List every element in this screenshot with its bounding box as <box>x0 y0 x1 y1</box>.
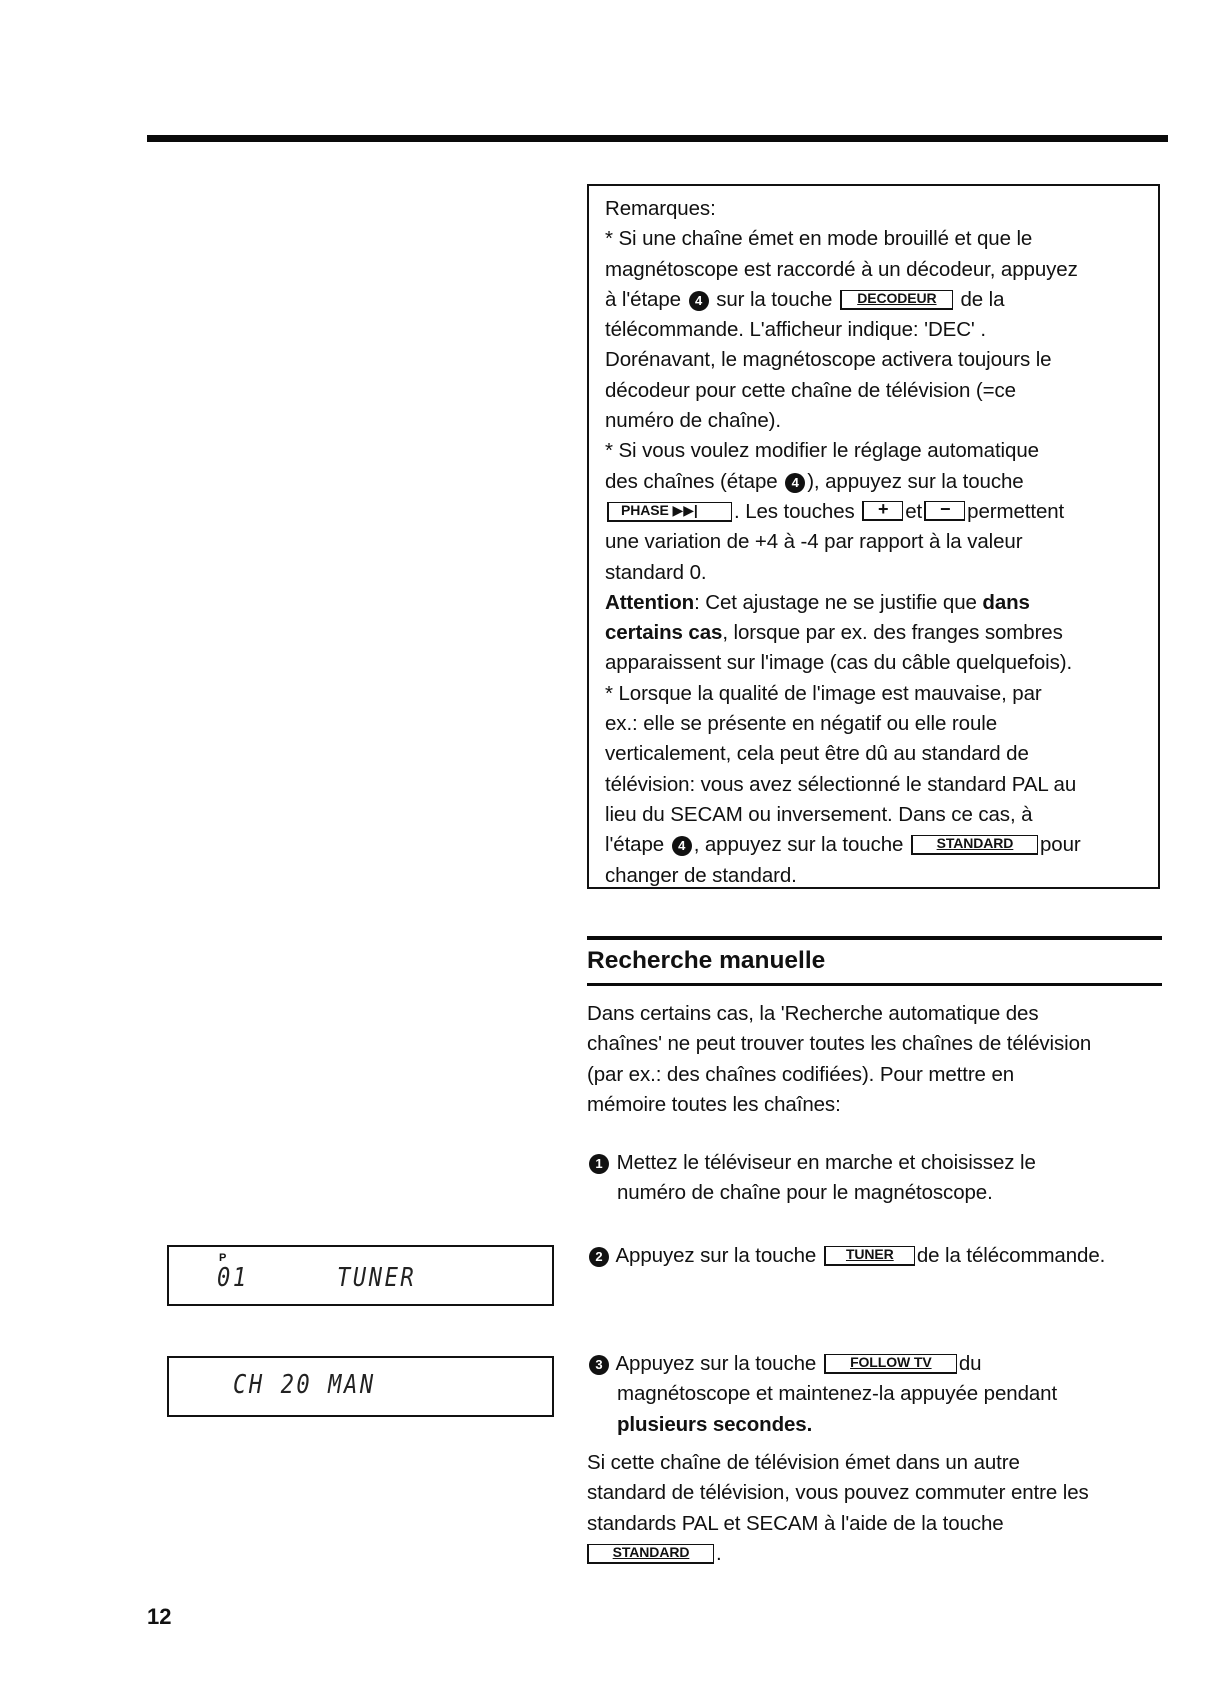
text: . <box>716 1542 722 1565</box>
remarks-line: télécommande. L'afficheur indique: 'DEC'… <box>605 315 1081 345</box>
intro-line: (par ex.: des chaînes codifiées). Pour m… <box>587 1060 1091 1090</box>
step-3-line: plusieurs secondes. <box>587 1410 1057 1440</box>
step-2: 2 Appuyez sur la touche TUNERde la téléc… <box>587 1241 1105 1271</box>
step-4-icon: 4 <box>689 291 709 311</box>
step-2-line: 2 Appuyez sur la touche TUNERde la téléc… <box>587 1241 1105 1271</box>
top-rule <box>147 135 1168 142</box>
remarks-line: certains cas, lorsque par ex. des frange… <box>605 618 1081 648</box>
remarks-line: numéro de chaîne). <box>605 406 1081 436</box>
text: . Les touches <box>734 500 855 523</box>
remarks-line: * Si vous voulez modifier le réglage aut… <box>605 436 1081 466</box>
section-heading: Recherche manuelle <box>587 945 825 977</box>
text: Mettez le téléviseur en marche et choisi… <box>617 1151 1036 1174</box>
lcd-mode: TUNER <box>337 1263 416 1293</box>
text: des chaînes (étape <box>605 470 778 493</box>
remarks-line: verticalement, cela peut être dû au stan… <box>605 739 1081 769</box>
remarks-line: Dorénavant, le magnétoscope activera tou… <box>605 345 1081 375</box>
text: sur la touche <box>716 288 832 311</box>
remarks-title: Remarques: <box>605 194 1081 224</box>
step-4-icon: 4 <box>785 473 805 493</box>
text: du <box>959 1352 982 1375</box>
tuner-key: TUNER <box>824 1246 915 1266</box>
intro-line: mémoire toutes les chaînes: <box>587 1090 1091 1120</box>
text: et <box>905 500 922 523</box>
text: permettent <box>967 500 1064 523</box>
text: Appuyez sur la touche <box>615 1244 816 1267</box>
intro-paragraph: Dans certains cas, la 'Recherche automat… <box>587 999 1091 1120</box>
paragraph-line: STANDARD. <box>585 1539 1089 1569</box>
intro-line: chaînes' ne peut trouver toutes les chaî… <box>587 1029 1091 1059</box>
plus-key: + <box>862 501 903 521</box>
follow-tv-key: FOLLOW TV <box>824 1354 957 1374</box>
remarks-line: standard 0. <box>605 558 1081 588</box>
bold-text: certains cas <box>605 621 722 644</box>
remarks-line: ex.: elle se présente en négatif ou elle… <box>605 709 1081 739</box>
remarks-line: lieu du SECAM ou inversement. Dans ce ca… <box>605 800 1081 830</box>
remarks-line: l'étape 4, appuyez sur la touche STANDAR… <box>605 830 1081 860</box>
remarks-line: des chaînes (étape 4), appuyez sur la to… <box>605 467 1081 497</box>
attention-label: Attention <box>605 591 694 614</box>
bold-text: dans <box>982 591 1029 614</box>
step-1-icon: 1 <box>589 1154 609 1174</box>
heading-top-rule <box>587 936 1162 940</box>
standard-key: STANDARD <box>911 835 1038 855</box>
standard-key: STANDARD <box>587 1544 714 1564</box>
text: pour <box>1040 833 1081 856</box>
decodeur-key: DECODEUR <box>840 290 953 310</box>
lcd-display-tuner: P 01 TUNER <box>167 1245 554 1306</box>
remarks-box: Remarques: * Si une chaîne émet en mode … <box>587 184 1160 889</box>
text: Appuyez sur la touche <box>615 1352 816 1375</box>
paragraph-line: standards PAL et SECAM à l'aide de la to… <box>587 1509 1089 1539</box>
remarks-line: * Si une chaîne émet en mode brouillé et… <box>605 224 1081 254</box>
standard-paragraph: Si cette chaîne de télévision émet dans … <box>587 1448 1089 1569</box>
text: , appuyez sur la touche <box>694 833 904 856</box>
text: l'étape <box>605 833 664 856</box>
remarks-line: apparaissent sur l'image (cas du câble q… <box>605 648 1081 678</box>
text: de la télécommande. <box>917 1244 1105 1267</box>
remarks-line: télévision: vous avez sélectionné le sta… <box>605 770 1081 800</box>
lcd-channel: 01 <box>217 1263 249 1293</box>
step-1-line: numéro de chaîne pour le magnétoscope. <box>587 1178 1036 1208</box>
lcd-text: CH 20 MAN <box>233 1370 376 1400</box>
step-1-line: 1 Mettez le téléviseur en marche et choi… <box>587 1148 1036 1178</box>
text: : Cet ajustage ne se justifie que <box>694 591 982 614</box>
text: à l'étape <box>605 288 681 311</box>
step-3-line: magnétoscope et maintenez-la appuyée pen… <box>587 1379 1057 1409</box>
phase-key: PHASE ▶▶| <box>607 502 732 522</box>
heading-bottom-rule <box>587 983 1162 986</box>
intro-line: Dans certains cas, la 'Recherche automat… <box>587 999 1091 1029</box>
step-1: 1 Mettez le téléviseur en marche et choi… <box>587 1148 1036 1209</box>
step-4-icon: 4 <box>672 836 692 856</box>
lcd-display-manual: CH 20 MAN <box>167 1356 554 1417</box>
remarks-line: PHASE ▶▶|. Les touches +et−permettent <box>605 497 1081 527</box>
text: de la <box>960 288 1004 311</box>
text: , lorsque par ex. des franges sombres <box>722 621 1062 644</box>
page-number: 12 <box>147 1604 171 1630</box>
remarks-line: Attention: Cet ajustage ne se justifie q… <box>605 588 1081 618</box>
remarks-line: * Lorsque la qualité de l'image est mauv… <box>605 679 1081 709</box>
step-3: 3 Appuyez sur la touche FOLLOW TVdu magn… <box>587 1349 1057 1440</box>
remarks-line: magnétoscope est raccordé à un décodeur,… <box>605 255 1081 285</box>
step-3-line: 3 Appuyez sur la touche FOLLOW TVdu <box>587 1349 1057 1379</box>
text: ), appuyez sur la touche <box>807 470 1023 493</box>
remarks-line: à l'étape 4 sur la touche DECODEUR de la <box>605 285 1081 315</box>
remarks-line: une variation de +4 à -4 par rapport à l… <box>605 527 1081 557</box>
remarks-line: décodeur pour cette chaîne de télévision… <box>605 376 1081 406</box>
minus-key: − <box>924 501 965 521</box>
paragraph-line: standard de télévision, vous pouvez comm… <box>587 1478 1089 1508</box>
remarks-text: Remarques: * Si une chaîne émet en mode … <box>605 194 1081 891</box>
step-3-icon: 3 <box>589 1355 609 1375</box>
step-2-icon: 2 <box>589 1247 609 1267</box>
paragraph-line: Si cette chaîne de télévision émet dans … <box>587 1448 1089 1478</box>
remarks-line: changer de standard. <box>605 861 1081 891</box>
